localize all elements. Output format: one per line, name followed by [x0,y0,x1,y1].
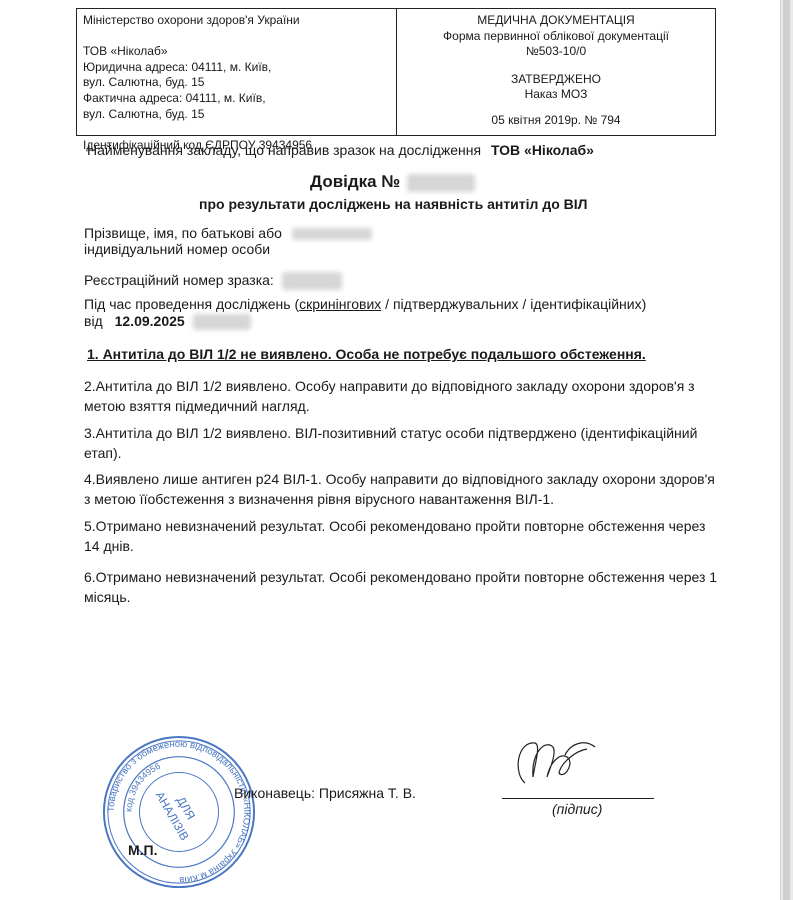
result-option-4: 4.Виявлено лише антиген р24 ВІЛ-1. Особу… [84,469,724,509]
study-type-screening-underlined: скринінгових [299,296,381,312]
signature-caption: (підпис) [552,801,602,817]
executor: Виконавець: Присяжна Т. В. [234,785,416,801]
study-prefix: Під час проведення досліджень ( [84,296,299,312]
doc-type: МЕДИЧНА ДОКУМЕНТАЦІЯ [403,13,709,29]
sample-number-label: Реєстраційний номер зразка: [84,272,274,288]
form-number: №503-10/0 [403,44,709,60]
page-edge-scrollbar[interactable] [780,0,793,900]
legal-address-line1: Юридична адреса: 04111, м. Київ, [83,60,390,76]
redacted-sample-number [282,272,342,290]
study-date-label: від [84,313,103,329]
referring-value: ТОВ «Ніколаб» [491,142,594,158]
actual-address-line1: Фактична адреса: 04111, м. Київ, [83,91,390,107]
study-date-line: від 12.09.2025 [84,313,251,330]
legal-address-line2: вул. Салютна, буд. 15 [83,75,390,91]
referring-label: Найменування закладу, що направив зразок… [87,142,481,158]
redacted-certificate-number [407,174,475,192]
referring-institution: Найменування закладу, що направив зразок… [87,142,594,158]
mp-label: М.П. [128,842,158,858]
result-option-1-selected: 1. Антитіла до ВІЛ 1/2 не виявлено. Особ… [87,344,727,364]
study-type-rest: / підтверджувальних / ідентифікаційних) [381,296,646,312]
order-label: Наказ МОЗ [403,87,709,103]
result-option-2: 2.Антитіла до ВІЛ 1/2 виявлено. Особу на… [84,376,724,416]
redacted-person-name [292,228,372,240]
certificate-title-text: Довідка № [310,172,400,191]
study-type-line: Під час проведення досліджень (скринінго… [84,296,646,312]
sample-number: Реєстраційний номер зразка: [84,272,342,290]
result-option-3: 3.Антитіла до ВІЛ 1/2 виявлено. ВІЛ-пози… [84,423,724,463]
scrollbar-thumb[interactable] [783,0,790,900]
ministry-name: Міністерство охорони здоров'я України [83,13,390,29]
header-table: Міністерство охорони здоров'я України ТО… [76,8,716,136]
company-stamp: Товариство з обмеженою відповідальністю … [100,733,258,891]
header-right-cell: МЕДИЧНА ДОКУМЕНТАЦІЯ Форма первинної обл… [397,9,715,135]
redacted-study-extra [193,314,251,330]
result-option-6: 6.Отримано невизначений результат. Особі… [84,567,724,607]
certificate-subtitle: про результати досліджень на наявність а… [199,196,587,212]
person-name-label: Прізвище, імя, по батькові або [84,225,372,241]
result-option-5: 5.Отримано невизначений результат. Особі… [84,516,724,556]
signature-line [502,798,654,799]
org-name: ТОВ «Ніколаб» [83,44,390,60]
form-line: Форма первинної облікової документації [403,29,709,45]
study-date-value: 12.09.2025 [115,313,185,329]
order-date: 05 квітня 2019р. № 794 [403,113,709,129]
person-name-label-text: Прізвище, імя, по батькові або [84,225,282,241]
header-left-cell: Міністерство охорони здоров'я України ТО… [77,9,397,135]
certificate-title: Довідка № [310,172,475,192]
signature [505,733,605,793]
approved-label: ЗАТВЕРДЖЕНО [403,72,709,88]
actual-address-line2: вул. Салютна, буд. 15 [83,107,390,123]
person-id-label: індивідуальний номер особи [84,241,270,257]
